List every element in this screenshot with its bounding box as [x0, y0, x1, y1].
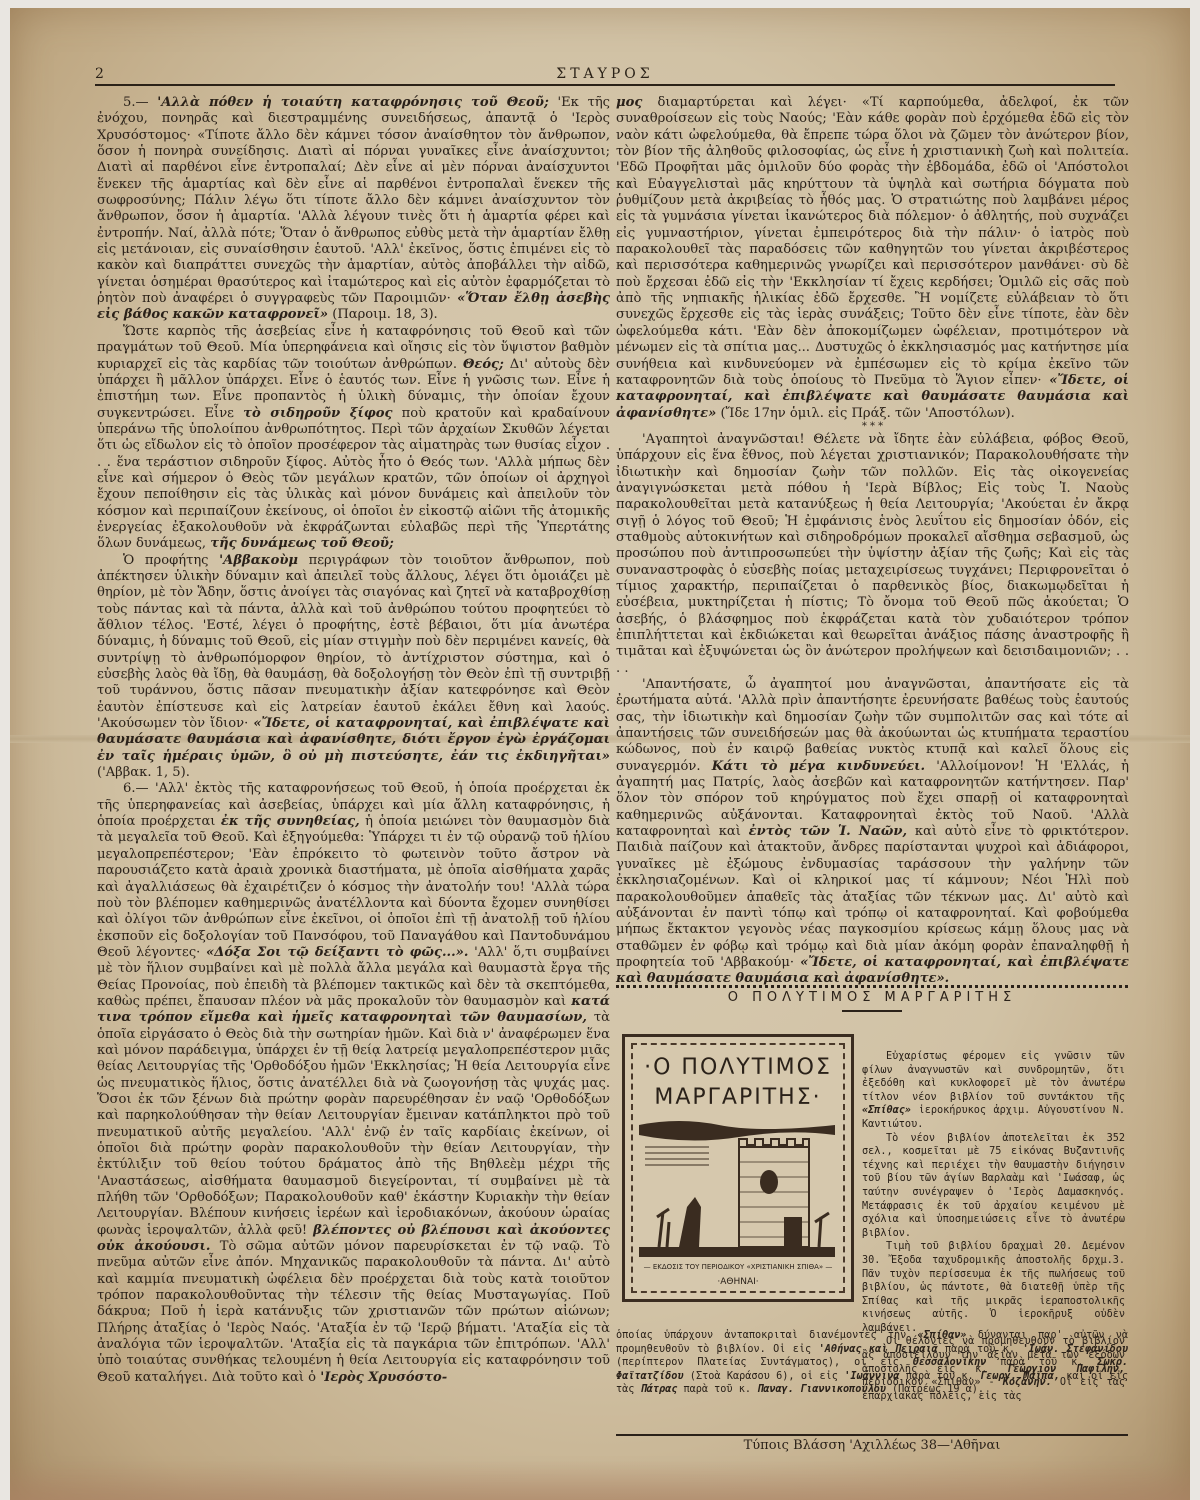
article-paragraph: μος διαμαρτύρεται καὶ λέγει· «Τί καρπούμ… [616, 95, 1129, 422]
body-text: (περίπτερον Πλατείας Συντάγματος), οἱ εἰ… [616, 1357, 913, 1368]
body-text: (Ἴδε 17ην ὁμιλ. εἰς Πράξ. τῶν 'Αποστόλων… [716, 406, 1015, 421]
article-paragraph: 5.— 'Αλλὰ πόθεν ἡ τοιαύτη καταφρόνησις τ… [97, 95, 610, 324]
newspaper-title: ΣΤΑΥΡΟΣ [95, 66, 1115, 82]
announcement-paragraph: Εὐχαρίστως φέρομεν εἰς γνῶσιν τῶν φίλων … [862, 1050, 1125, 1132]
emphasized-text: 'Αθήνας καὶ Πειραιᾶ [819, 1344, 938, 1355]
body-text: (Πατρέως 19 α). [886, 1384, 984, 1395]
emphasized-text: μος [616, 95, 642, 110]
emphasized-text: Παναγ. Γιαννικοπούλου [757, 1384, 886, 1395]
body-text: 'Αγαπητοὶ ἀναγνῶσται! Θέλετε νὰ ἴδητε ἐὰ… [616, 432, 1129, 676]
body-text: Τὸ σῶμα αὐτῶν μόνον παρευρίσκεται ἐν τῷ … [97, 1239, 610, 1385]
body-text: (Στοὰ Καράσου 6), οἱ εἰς [683, 1371, 844, 1382]
announcement-paragraph: ὁποίας ὑπάρχουν ἀνταποκριταὶ διανέμοντες… [616, 1329, 1128, 1397]
body-text: διαμαρτύρεται καὶ λέγει· «Τί καρπούμεθα,… [616, 95, 1129, 388]
emphasized-text: Θεός; [463, 357, 504, 372]
body-text: περιγράφων τὸν τοιοῦτον ἄνθρωπον, ποὺ ἀπ… [97, 553, 610, 731]
announcement-paragraph: Τιμὴ τοῦ βιβλίου δραχμαὶ 20. Δεμένον 30.… [862, 1240, 1125, 1335]
cover-title-line2: ΜΑΡΓΑΡΙΤΗΣ· [625, 1085, 851, 1110]
emphasized-text: Θεσσαλονίκην [913, 1357, 987, 1368]
body-text: ποὺ κρατοῦν καὶ κραδαίνουν ὑπεράνω τῆς ὑ… [97, 406, 610, 552]
cover-city: ·ΑΘΗΝΑΙ· [625, 1277, 851, 1287]
section-ornament [842, 1010, 902, 1012]
emphasized-text: Γεωργ. Μάϊπα, [980, 1371, 1060, 1382]
cover-title-line1: ·Ο ΠΟΛΥΤΙΜΟΣ [625, 1055, 851, 1080]
emphasized-text: 'Ιωάννινα [844, 1371, 899, 1382]
footer-rule [616, 1434, 1128, 1436]
emphasized-text: Πάτρας [641, 1384, 678, 1395]
left-column: 5.— 'Αλλὰ πόθεν ἡ τοιαύτη καταφρόνησις τ… [97, 95, 610, 1485]
emphasized-text: ἐντὸς τῶν Ἱ. Ναῶν, [749, 824, 907, 839]
emphasized-text: «Σπίθας» [862, 1105, 911, 1116]
body-text: τὰ ὁποῖα εἰργάσατο ὁ Θεὸς διὰ τὴν σωτηρί… [97, 1010, 610, 1237]
asterism-divider: * * * [616, 422, 1129, 432]
emphasized-text: τὸ σιδηροῦν ξίφος [243, 406, 392, 421]
body-text: καὶ αὐτὸ εἶνε τὸ φρικτότερον. Παιδιὰ παί… [616, 824, 1129, 970]
emphasized-text: 'Ιερὸς Χρυσόστο- [320, 1370, 447, 1385]
page-header: 2 ΣΤΑΥΡΟΣ [95, 66, 1115, 84]
emphasized-text: Κάτι τὸ μέγα κινδυνεύει. [712, 759, 925, 774]
dotted-divider [616, 985, 1128, 988]
body-text: ('Αββακ. 1, 5). [97, 765, 190, 780]
body-text: Ὁ προφήτης [123, 553, 219, 568]
emphasized-text: 'Ιωάν. Στεφανίδου [1022, 1344, 1128, 1355]
article-paragraph: Ὁ προφήτης 'Αββακοὺμ περιγράφων τὸν τοιο… [97, 553, 610, 782]
emphasized-text: «Δόξα Σοι τῷ δείξαντι τὸ φῶς...». [206, 945, 468, 960]
body-text: Τιμὴ τοῦ βιβλίου δραχμαὶ 20. Δεμένον 30.… [862, 1241, 1125, 1334]
article-paragraph: 'Αγαπητοὶ ἀναγνῶσται! Θέλετε νὰ ἴδητε ἐὰ… [616, 432, 1129, 677]
emphasized-text: ἐκ τῆς συνηθείας, [221, 814, 360, 829]
article-paragraph: Ὥστε καρπὸς τῆς ἀσεβείας εἶνε ἡ καταφρόν… [97, 324, 610, 553]
book-announcement-continued: ὁποίας ὑπάρχουν ἀνταποκριταὶ διανέμοντες… [616, 1329, 1128, 1397]
body-text: ὁποίας ὑπάρχουν ἀνταποκριταὶ διανέμοντες… [616, 1330, 917, 1341]
header-rule [95, 84, 1115, 86]
announcement-paragraph: Τὸ νέον βιβλίον ἀποτελεῖται ἐκ 352 σελ.,… [862, 1132, 1125, 1241]
body-text: ἡ ὁποία μειώνει τὸν θαυμασμὸν διὰ τὰ μεγ… [97, 814, 610, 960]
tower-woodcut-icon [639, 1117, 835, 1257]
body-text: (Παροιμ. 18, 3). [328, 307, 438, 322]
right-column: μος διαμαρτύρεται καὶ λέγει· «Τί καρπούμ… [616, 95, 1129, 995]
article-paragraph: 6.— 'Αλλ' ἐκτὸς τῆς καταφρονήσεως τοῦ Θε… [97, 781, 610, 1386]
emphasized-text: τῆς δυνάμεως τοῦ Θεοῦ; [210, 536, 394, 551]
body-text: Εὐχαρίστως φέρομεν εἰς γνῶσιν τῶν φίλων … [862, 1051, 1125, 1103]
body-text: παρὰ τοῦ κ. [677, 1384, 757, 1395]
emphasized-text: 'Αββακοὺμ [219, 553, 298, 568]
body-text: παρὰ τοῦ κ. [986, 1357, 1097, 1368]
article-paragraph: 'Απαντήσατε, ὦ ἀγαπητοί μου ἀναγνῶσται, … [616, 677, 1129, 988]
emphasized-text: «Σπίθαν» [917, 1330, 966, 1341]
body-text: 5.— [123, 95, 157, 110]
body-text: 'Εκ τῆς ἐνόχου, πονηρᾶς καὶ διεστραμμένη… [97, 95, 610, 306]
cover-publisher: — ΕΚΔΟΣΙΣ ΤΟΥ ΠΕΡΙΟΔΙΚΟΥ «ΧΡΙΣΤΙΑΝΙΚΗ ΣΠ… [625, 1263, 851, 1271]
book-cover-illustration: ·Ο ΠΟΛΥΤΙΜΟΣ ΜΑΡΓΑΡΙΤΗΣ· — ΕΚΔΟΣΙΣ ΤΟΥ Π… [622, 1034, 854, 1302]
section-title: Ο ΠΟΛΥΤΙΜΟΣ ΜΑΡΓΑΡΙΤΗΣ [616, 990, 1128, 1005]
body-text: Τὸ νέον βιβλίον ἀποτελεῖται ἐκ 352 σελ.,… [862, 1133, 1125, 1239]
emphasized-text: 'Αλλὰ πόθεν ἡ τοιαύτη καταφρόνησις τοῦ Θ… [157, 95, 549, 110]
body-text: παρὰ τοῦ κ. [938, 1344, 1023, 1355]
body-text: παρὰ τοῦ κ. [899, 1371, 980, 1382]
printer-imprint: Τύποις Βλάσση 'Αχιλλέως 38—'Αθῆναι [616, 1438, 1128, 1453]
